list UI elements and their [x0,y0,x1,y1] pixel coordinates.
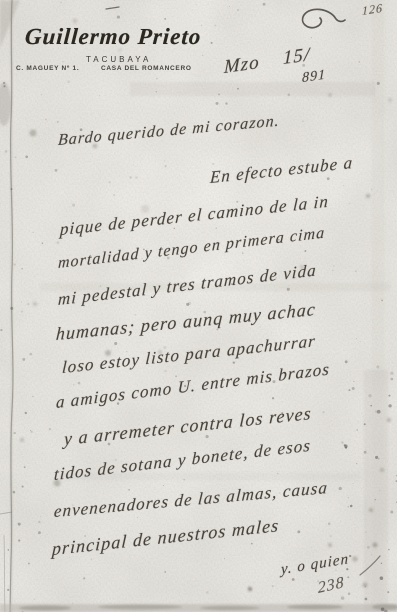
letterhead-house-name: CASA DEL ROMANCERO [101,65,192,72]
letterhead-address: C. MAGUEY Nº 1. [16,65,79,72]
letterhead-city: TACUBAYA [86,55,151,64]
date-day: 15/ [283,44,311,70]
scanned-letter-page: Guillermo Prieto TACUBAYA C. MAGUEY Nº 1… [0,0,397,612]
letterhead-name: Guillermo Prieto [24,24,202,50]
date-year: 891 [302,68,326,88]
